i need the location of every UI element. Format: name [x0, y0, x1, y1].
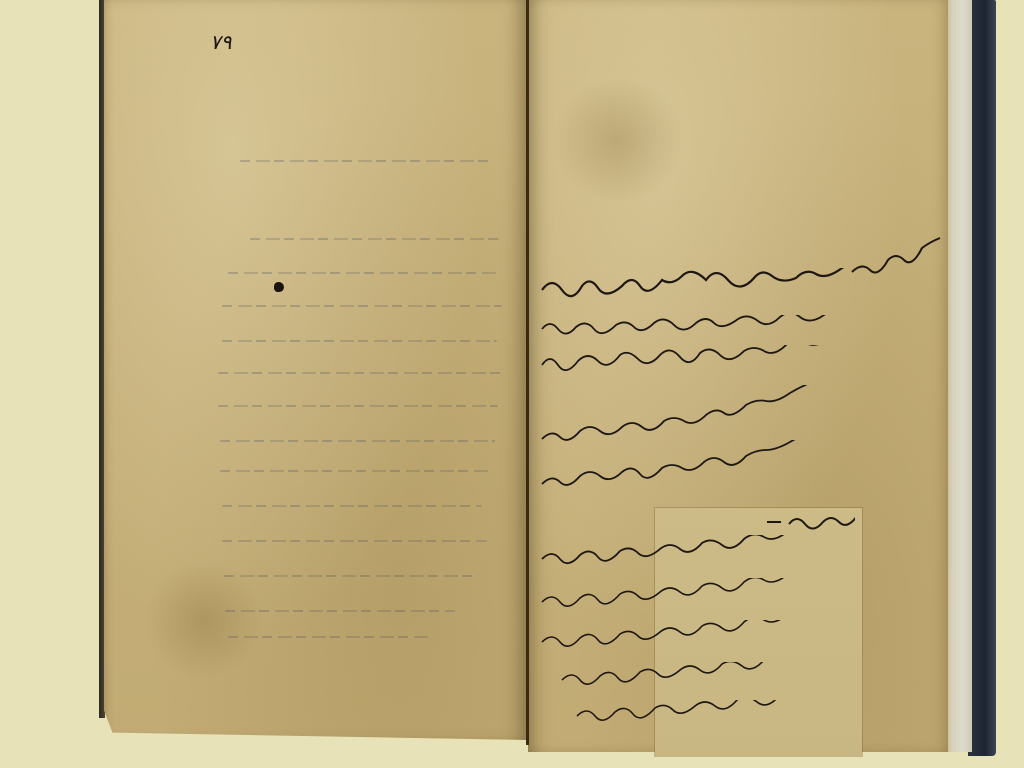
bleed-through-line: [222, 340, 497, 342]
stain: [144, 560, 264, 680]
bleed-through-line: [228, 636, 428, 638]
handwriting-line: [540, 578, 870, 608]
handwriting-line: [540, 315, 900, 335]
bleed-through-line: [250, 238, 500, 240]
bleed-through-line: [218, 372, 503, 374]
handwriting-line: [540, 268, 870, 298]
handwriting-line: [540, 535, 860, 565]
bleed-through-line: [228, 272, 498, 274]
folio-number: ٧٩: [210, 30, 231, 54]
handwriting-line: [575, 700, 845, 722]
bleed-through-line: [220, 470, 490, 472]
handwriting-line: [540, 620, 860, 650]
handwriting-line: [560, 662, 840, 686]
bleed-through-line: [222, 505, 482, 507]
handwriting-line: [540, 385, 940, 445]
back-cover-edge: [968, 0, 996, 756]
bleed-through-line: [222, 540, 487, 542]
slip-heading: [765, 510, 855, 530]
handwriting-line: [540, 345, 920, 371]
bleed-through-line: [218, 405, 498, 407]
bleed-through-line: [220, 440, 495, 442]
ink-blot: [274, 282, 284, 292]
bleed-through-line: [224, 575, 479, 577]
bleed-through-line: [225, 610, 455, 612]
bleed-through-line: [222, 305, 502, 307]
stain: [548, 80, 688, 200]
left-page: [104, 0, 528, 740]
marginal-note: [850, 236, 942, 276]
bleed-through-line: [240, 160, 490, 162]
manuscript-photo: ٧٩: [0, 0, 1024, 768]
handwriting-line: [540, 440, 940, 490]
gutter-fold: [526, 0, 529, 745]
